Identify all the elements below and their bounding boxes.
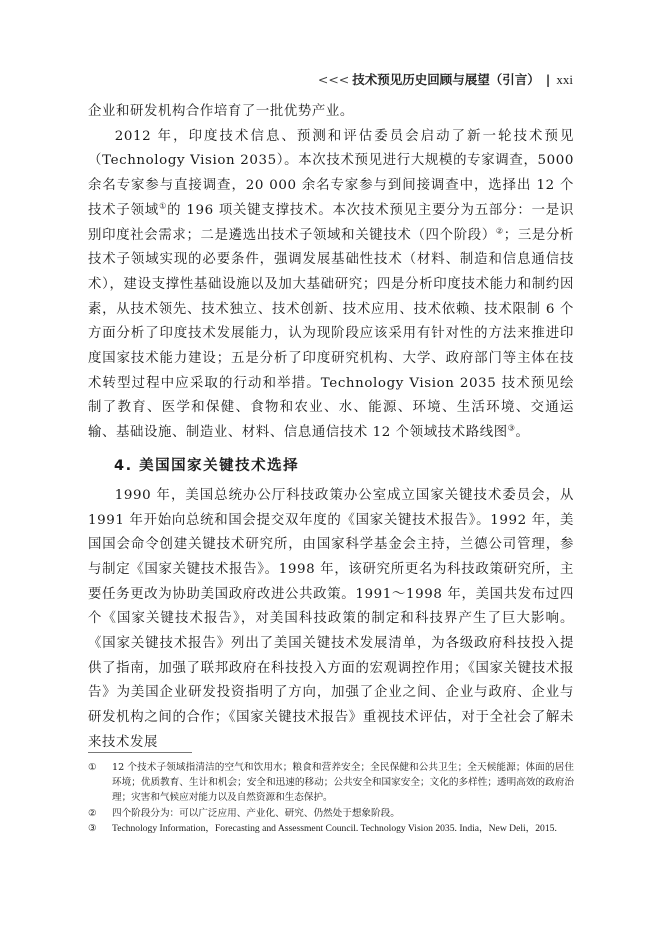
running-head-separator: |	[546, 72, 551, 87]
footnote-ref-2[interactable]: ②	[496, 226, 504, 235]
footnote-divider	[88, 752, 192, 753]
paragraph-us-critical-tech: 1990 年，美国总统办公厅科技政策办公室成立国家关键技术委员会，从 1991 …	[88, 484, 574, 756]
footnote-text: 四个阶段分为：可以广泛应用、产业化、研究、仍然处于想象阶段。	[112, 806, 574, 821]
footnote-text: Technology Information，Forecasting and A…	[112, 821, 574, 836]
running-head: <<<技术预见历史回顾与展望（引言）|xxi	[318, 70, 573, 88]
paragraph-india-tech-vision: 2012 年，印度技术信息、预测和评估委员会启动了新一轮技术预见（Technol…	[88, 125, 574, 446]
paragraph-text: ；三是分析技术子领域实现的必要条件，强调发展基础性技术（材料、制造和信息通信技术…	[88, 228, 574, 441]
section-heading: 4. 美国国家关键技术选择	[114, 454, 574, 478]
footnote-ref-1[interactable]: ①	[159, 201, 167, 210]
footnote-mark: ③	[88, 821, 112, 836]
footnotes: ① 12 个技术子领域指清洁的空气和饮用水；粮食和营养安全；全民保健和公共卫生；…	[88, 760, 574, 836]
running-head-arrows: <<<	[318, 72, 349, 87]
running-head-title: 技术预见历史回顾与展望（引言）	[352, 72, 540, 87]
paragraph-continued: 企业和研发机构合作培育了一批优势产业。	[88, 100, 574, 125]
footnote-mark: ①	[88, 760, 112, 806]
footnote-3: ③ Technology Information，Forecasting and…	[88, 821, 574, 836]
main-text: 企业和研发机构合作培育了一批优势产业。 2012 年，印度技术信息、预测和评估委…	[88, 100, 574, 756]
footnote-2: ② 四个阶段分为：可以广泛应用、产业化、研究、仍然处于想象阶段。	[88, 806, 574, 821]
paragraph-text: 。	[515, 425, 529, 440]
page-number: xxi	[556, 72, 573, 87]
footnote-mark: ②	[88, 806, 112, 821]
footnote-text: 12 个技术子领域指清洁的空气和饮用水；粮食和营养安全；全民保健和公共卫生；全天…	[112, 760, 574, 806]
footnote-1: ① 12 个技术子领域指清洁的空气和饮用水；粮食和营养安全；全民保健和公共卫生；…	[88, 760, 574, 806]
